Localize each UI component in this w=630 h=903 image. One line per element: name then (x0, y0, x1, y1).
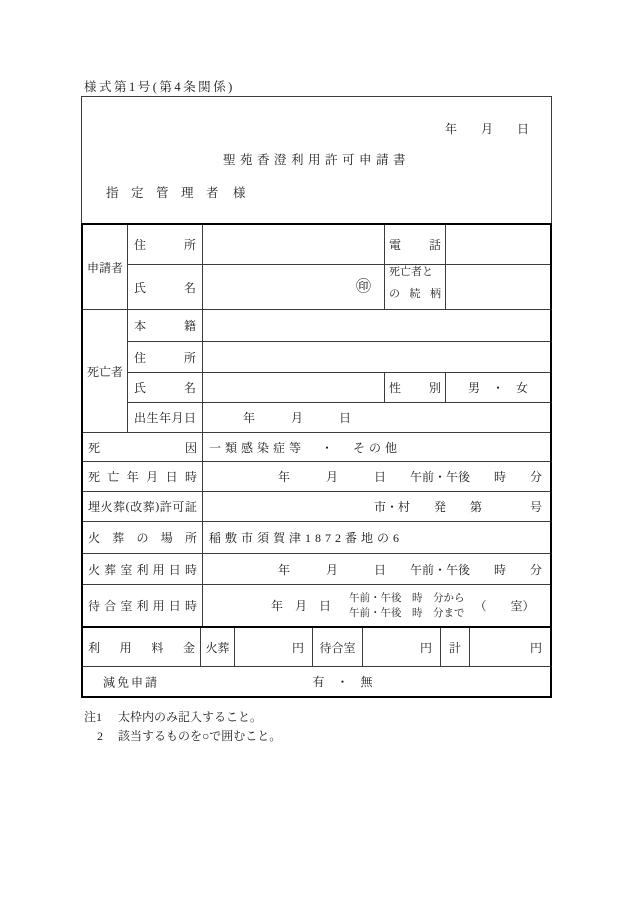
addressee-honorific: 様 (233, 186, 246, 200)
fee-row: 利用料金 火葬 円 待合室 円 計 円 (83, 626, 550, 667)
applicant-rows: 住所 電話 氏名 ㊞ (128, 225, 550, 309)
deceased-address-field (203, 342, 550, 372)
permit-label-cell: 埋火葬(改葬)許可証 (83, 492, 203, 521)
phone-label: 電話 (389, 236, 441, 253)
fee-label-cell: 利用料金 (83, 628, 201, 666)
waiting-room-label-cell: 待合室利用日時 (83, 585, 203, 626)
sex-label: 性別 (389, 379, 441, 396)
cremation-place-label-cell: 火葬の場所 (83, 522, 203, 553)
footnotes: 注1 太枠内のみ記入すること。 2 該当するものを○で囲むこと。 (84, 708, 281, 746)
fee-total-amount: 円 (470, 628, 550, 666)
applicant-name-label: 氏名 (134, 279, 196, 296)
fee-label: 利用料金 (88, 639, 195, 656)
footnote-2: 2 該当するものを○で囲むこと。 (84, 727, 281, 746)
deceased-name-field (203, 373, 385, 402)
waiting-room-date: 年 月 日 (271, 597, 331, 614)
waiting-room-time-from: 午前・午後 時 分から (349, 591, 465, 606)
death-datetime-label-cell: 死亡年月日時 (83, 462, 203, 491)
waiting-room-label: 待合室利用日時 (88, 597, 197, 614)
cremation-room-label: 火葬室利用日時 (88, 561, 197, 578)
applicant-group-label: 申請者 (87, 259, 123, 276)
deceased-name-label: 氏名 (134, 379, 196, 396)
birth-date-row: 出生年月日 年 月 日 (128, 403, 550, 432)
deceased-address-label-cell: 住所 (128, 342, 203, 372)
fee-total-label: 計 (441, 628, 470, 666)
phone-label-cell: 電話 (385, 225, 446, 264)
waiting-room-number: （ 室） (475, 597, 535, 614)
deceased-group-label: 死亡者 (87, 363, 123, 380)
waiting-room-times: 午前・午後 時 分から 午前・午後 時 分まで (349, 591, 465, 621)
footnote-1-text: 太枠内のみ記入すること。 (118, 708, 262, 727)
applicant-name-row: 氏名 ㊞ 死亡者と の続柄 (128, 265, 550, 309)
applicant-address-label: 住所 (134, 236, 196, 253)
exemption-row: 減免申請 有 ・ 無 (83, 667, 550, 696)
birth-date-label: 出生年月日 (134, 409, 196, 426)
applicant-name-label-cell: 氏名 (128, 265, 203, 309)
relation-field (446, 265, 550, 309)
relation-label-cell: 死亡者と の続柄 (385, 265, 446, 309)
addressee-name: 指定管理者 (106, 186, 231, 200)
cremation-room-field: 年 月 日 午前・午後 時 分 (203, 554, 550, 584)
applicant-address-field (203, 225, 385, 264)
cause-label: 死因 (88, 439, 197, 456)
footnote-2-text: 該当するものを○で囲むこと。 (118, 727, 281, 746)
footnote-2-number: 2 (84, 727, 118, 746)
sex-options: 男 ・ 女 (446, 373, 550, 402)
form-header: 年 月 日 聖苑香澄利用許可申請書 指定管理者様 (81, 96, 552, 223)
domicile-field (203, 310, 550, 341)
deceased-name-row: 氏名 性別 男 ・ 女 (128, 373, 550, 403)
cremation-place-value: 稲敷市須賀津1872番地の6 (203, 522, 550, 553)
applicant-group-cell: 申請者 (83, 225, 128, 309)
footnote-1: 注1 太枠内のみ記入すること。 (84, 708, 281, 727)
form-table: 申請者 住所 電話 氏名 (81, 223, 552, 698)
deceased-domicile-row: 本籍 (128, 310, 550, 342)
application-form: 年 月 日 聖苑香澄利用許可申請書 指定管理者様 申請者 住所 (81, 96, 552, 698)
date-line: 年 月 日 (445, 120, 529, 137)
relation-label-line1: 死亡者と (389, 265, 441, 279)
deceased-section: 死亡者 本籍 住所 (83, 310, 550, 433)
permit-field: 市・村 発 第 号 (203, 492, 550, 521)
deceased-group-cell: 死亡者 (83, 310, 128, 432)
waiting-room-time-to: 午前・午後 時 分まで (349, 606, 465, 621)
form-number: 様式第1号(第4条関係) (84, 77, 235, 95)
exemption-cell: 減免申請 有 ・ 無 (83, 667, 550, 696)
birth-date-field: 年 月 日 (203, 403, 550, 432)
cause-of-death-row: 死因 一類感染症等 ・ その他 (83, 433, 550, 462)
domicile-label: 本籍 (134, 317, 196, 334)
domicile-label-cell: 本籍 (128, 310, 203, 341)
cremation-place-row: 火葬の場所 稲敷市須賀津1872番地の6 (83, 522, 550, 554)
phone-field (446, 225, 550, 264)
cremation-place-label: 火葬の場所 (88, 529, 197, 546)
cause-label-cell: 死因 (83, 433, 203, 461)
death-datetime-field: 年 月 日 午前・午後 時 分 (203, 462, 550, 491)
sex-label-cell: 性別 (385, 373, 446, 402)
death-datetime-label: 死亡年月日時 (88, 468, 197, 485)
waiting-room-field: 年 月 日 午前・午後 時 分から 午前・午後 時 分まで （ 室） (203, 585, 550, 626)
cremation-room-row: 火葬室利用日時 年 月 日 午前・午後 時 分 (83, 554, 550, 585)
fee-cremation-amount: 円 (235, 628, 313, 666)
relation-label-line2: の続柄 (389, 279, 441, 309)
fee-cremation-label: 火葬 (201, 628, 235, 666)
exemption-options: 有 ・ 無 (312, 673, 372, 690)
applicant-address-label-cell: 住所 (128, 225, 203, 264)
cremation-room-label-cell: 火葬室利用日時 (83, 554, 203, 584)
permit-label: 埋火葬(改葬)許可証 (88, 498, 197, 515)
applicant-section: 申請者 住所 電話 氏名 (83, 225, 550, 310)
deceased-rows: 本籍 住所 氏名 (128, 310, 550, 432)
deceased-name-label-cell: 氏名 (128, 373, 203, 402)
seal-mark-icon: ㊞ (356, 280, 371, 295)
fee-waiting-amount: 円 (363, 628, 441, 666)
cause-options: 一類感染症等 ・ その他 (203, 433, 550, 461)
birth-date-label-cell: 出生年月日 (128, 403, 203, 432)
deceased-address-row: 住所 (128, 342, 550, 373)
exemption-label: 減免申請 (103, 673, 159, 690)
form-title: 聖苑香澄利用許可申請書 (82, 150, 551, 168)
death-datetime-row: 死亡年月日時 年 月 日 午前・午後 時 分 (83, 462, 550, 492)
deceased-address-label: 住所 (134, 349, 196, 366)
footnote-1-number: 注1 (84, 708, 118, 727)
applicant-name-field: ㊞ (203, 265, 385, 309)
addressee-line: 指定管理者様 (106, 183, 246, 201)
fee-waiting-label: 待合室 (313, 628, 363, 666)
permit-row: 埋火葬(改葬)許可証 市・村 発 第 号 (83, 492, 550, 522)
applicant-address-row: 住所 電話 (128, 225, 550, 265)
waiting-room-row: 待合室利用日時 年 月 日 午前・午後 時 分から 午前・午後 時 分まで （ … (83, 585, 550, 627)
